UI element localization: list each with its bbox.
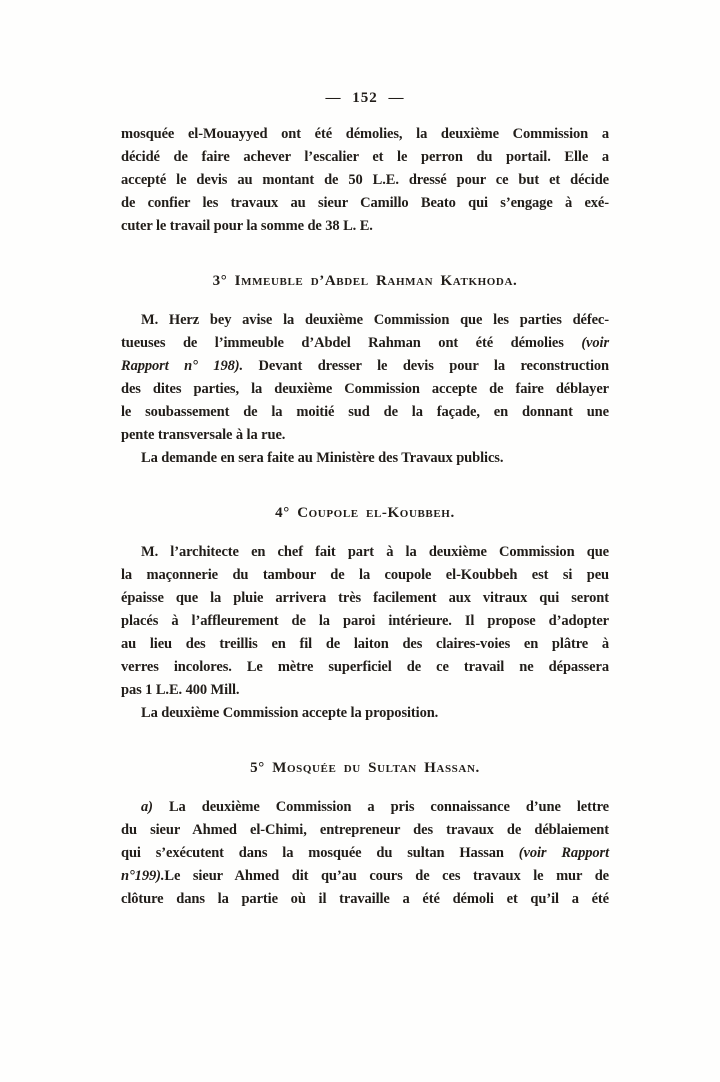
body-text: cuter le travail pour la somme de 38 L. … — [121, 218, 373, 234]
body-text: pas 1 L.E. 400 Mill. — [121, 682, 239, 698]
body-text: du sieur Ahmed el-Chimi, entrepreneur de… — [121, 822, 609, 838]
text-line: qui s’exécutent dans la mosquée du sulta… — [121, 842, 609, 865]
text-line: des dites parties, la deuxième Commissio… — [121, 378, 609, 401]
text-line: pente transversale à la rue. — [121, 424, 609, 447]
body-text: tueuses de l’immeuble d’Abdel Rahman ont… — [121, 335, 581, 351]
body-text: Le sieur Ahmed dit qu’au cours de ces tr… — [164, 868, 609, 884]
text-line: mosquée el-Mouayyed ont été démolies, la… — [121, 123, 609, 146]
text-line: M. l’architecte en chef fait part à la d… — [121, 541, 609, 564]
text-line: placés à l’affleurement de la paroi inté… — [121, 610, 609, 633]
body-text: accepté le devis au montant de 50 L.E. d… — [121, 172, 609, 188]
italic-text: n°199). — [121, 868, 164, 884]
text-line: le soubassement de la moitié sud de la f… — [121, 401, 609, 424]
body-text: Devant dresser le devis pour la reconstr… — [243, 358, 609, 374]
body-text: la maçonnerie du tambour de la coupole e… — [121, 567, 609, 583]
paragraph: a) La deuxième Commission a pris connais… — [121, 796, 609, 911]
text-line: accepté le devis au montant de 50 L.E. d… — [121, 169, 609, 192]
text-line: de confier les travaux au sieur Camillo … — [121, 192, 609, 215]
text-line: du sieur Ahmed el-Chimi, entrepreneur de… — [121, 819, 609, 842]
paragraph: M. l’architecte en chef fait part à la d… — [121, 541, 609, 702]
body-text: M. l’architecte en chef fait part à la d… — [141, 544, 609, 560]
section-heading: 5° Mosquée du Sultan Hassan. — [121, 757, 609, 780]
body-text: au lieu des treillis en fil de laiton de… — [121, 636, 609, 652]
paragraph: La deuxième Commission accepte la propos… — [121, 702, 609, 725]
text-line: La demande en sera faite au Ministère de… — [121, 447, 609, 470]
paragraph: M. Herz bey avise la deuxième Commission… — [121, 309, 609, 447]
page-number-header: — 152 — — [121, 88, 609, 108]
body-text: clôture dans la partie où il travaille a… — [121, 891, 609, 907]
section-heading: 3° Immeuble d’Abdel Rahman Katkhoda. — [121, 270, 609, 293]
body-text: de confier les travaux au sieur Camillo … — [121, 195, 609, 211]
text-line: verres incolores. Le mètre superficiel d… — [121, 656, 609, 679]
body-text: placés à l’affleurement de la paroi inté… — [121, 613, 609, 629]
text-line: n°199).Le sieur Ahmed dit qu’au cours de… — [121, 865, 609, 888]
body-text: le soubassement de la moitié sud de la f… — [121, 404, 609, 420]
italic-text: a) — [141, 799, 153, 815]
body-text: M. Herz bey avise la deuxième Commission… — [141, 312, 609, 328]
text-line: pas 1 L.E. 400 Mill. — [121, 679, 609, 702]
text-line: épaisse que la pluie arrivera très facil… — [121, 587, 609, 610]
body-text: La demande en sera faite au Ministère de… — [141, 450, 503, 466]
italic-text: (voir Rapport — [519, 845, 609, 861]
text-line: a) La deuxième Commission a pris connais… — [121, 796, 609, 819]
body-text: qui s’exécutent dans la mosquée du sulta… — [121, 845, 519, 861]
text-line: cuter le travail pour la somme de 38 L. … — [121, 215, 609, 238]
text-line: M. Herz bey avise la deuxième Commission… — [121, 309, 609, 332]
paragraph: La demande en sera faite au Ministère de… — [121, 447, 609, 470]
text-line: clôture dans la partie où il travaille a… — [121, 888, 609, 911]
text-line: tueuses de l’immeuble d’Abdel Rahman ont… — [121, 332, 609, 355]
body-text: verres incolores. Le mètre superficiel d… — [121, 659, 609, 675]
body-text: décidé de faire achever l’escalier et le… — [121, 149, 609, 165]
page-content: mosquée el-Mouayyed ont été démolies, la… — [121, 123, 609, 911]
section-heading: 4° Coupole el-Koubbeh. — [121, 502, 609, 525]
text-line: la maçonnerie du tambour de la coupole e… — [121, 564, 609, 587]
body-text: mosquée el-Mouayyed ont été démolies, la… — [121, 126, 609, 142]
text-line: La deuxième Commission accepte la propos… — [121, 702, 609, 725]
body-text: pente transversale à la rue. — [121, 427, 285, 443]
body-text: La deuxième Commission accepte la propos… — [141, 705, 438, 721]
text-line: au lieu des treillis en fil de laiton de… — [121, 633, 609, 656]
body-text: épaisse que la pluie arrivera très facil… — [121, 590, 609, 606]
body-text: La deuxième Commission a pris connaissan… — [153, 799, 609, 815]
italic-text: (voir — [581, 335, 609, 351]
body-text: des dites parties, la deuxième Commissio… — [121, 381, 609, 397]
scanned-page: — 152 — mosquée el-Mouayyed ont été démo… — [0, 0, 720, 1082]
italic-text: Rapport n° 198). — [121, 358, 243, 374]
text-line: Rapport n° 198). Devant dresser le devis… — [121, 355, 609, 378]
text-line: décidé de faire achever l’escalier et le… — [121, 146, 609, 169]
text-block: — 152 — mosquée el-Mouayyed ont été démo… — [121, 88, 609, 911]
paragraph: mosquée el-Mouayyed ont été démolies, la… — [121, 123, 609, 238]
